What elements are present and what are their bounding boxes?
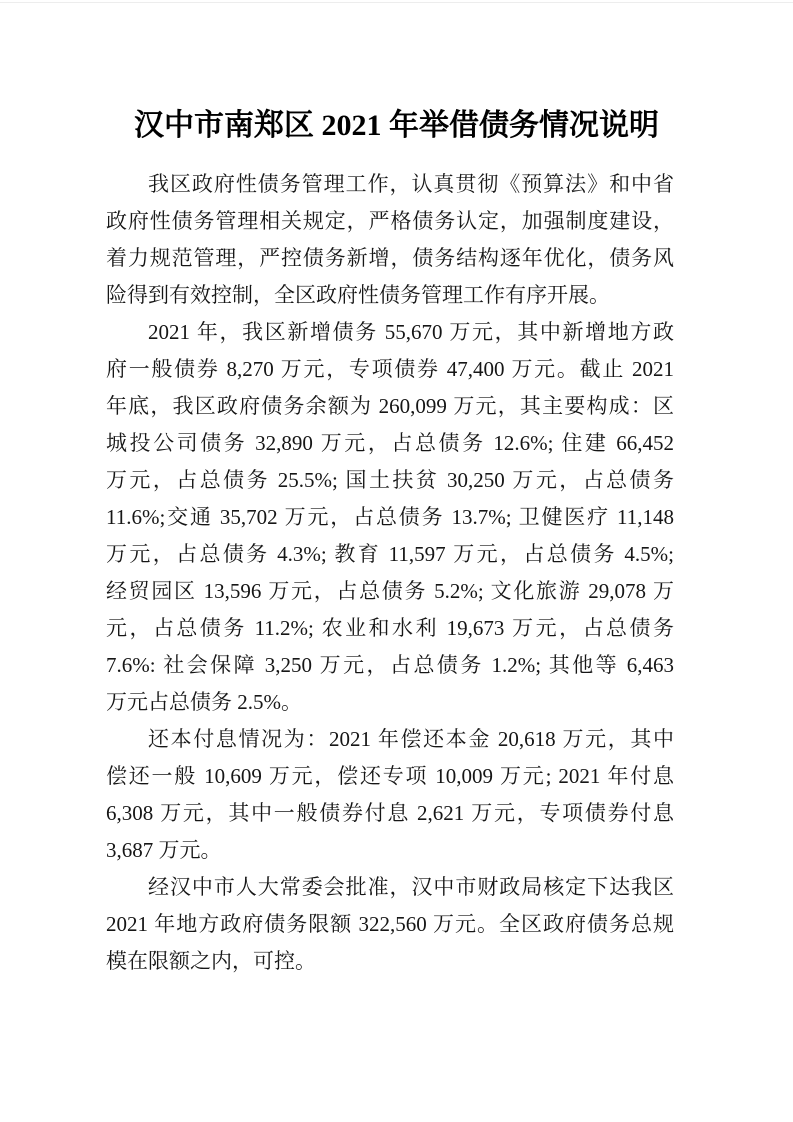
paragraph-1-line: 险得到有效控制，全区政府性债务管理工作有序开展。: [106, 277, 674, 314]
paragraph-3-line: 3,687 万元。: [106, 832, 674, 869]
paragraph-2-line: 城投公司债务 32,890 万元，占总债务 12.6%; 住建 66,452: [106, 425, 674, 462]
paragraph-4-line: 2021 年地方政府债务限额 322,560 万元。全区政府债务总规: [106, 906, 674, 943]
paragraph-2-line: 万元，占总债务 4.3%; 教育 11,597 万元，占总债务 4.5%;: [106, 536, 674, 573]
paragraph-3-line: 偿还一般 10,609 万元，偿还专项 10,009 万元; 2021 年付息: [106, 758, 674, 795]
document-page: 汉中市南郑区 2021 年举借债务情况说明 我区政府性债务管理工作，认真贯彻《预…: [0, 0, 793, 1122]
paragraph-2-line: 经贸园区 13,596 万元，占总债务 5.2%; 文化旅游 29,078 万: [106, 573, 674, 610]
paragraph-4-line: 模在限额之内，可控。: [106, 943, 674, 980]
paragraph-2-line: 11.6%;交通 35,702 万元，占总债务 13.7%; 卫健医疗 11,1…: [106, 499, 674, 536]
document-body: 我区政府性债务管理工作，认真贯彻《预算法》和中省政府性债务管理相关规定，严格债务…: [0, 166, 793, 980]
paragraph-2-line: 元，占总债务 11.2%; 农业和水利 19,673 万元，占总债务: [106, 610, 674, 647]
page-top-edge: [0, 2, 793, 3]
paragraph-2-line: 7.6%: 社会保障 3,250 万元，占总债务 1.2%; 其他等 6,463: [106, 647, 674, 684]
paragraph-2-line: 年底，我区政府债务余额为 260,099 万元，其主要构成：区: [106, 388, 674, 425]
paragraph-2-line: 万元占总债务 2.5%。: [106, 684, 674, 721]
document-title: 汉中市南郑区 2021 年举借债务情况说明: [70, 102, 723, 150]
paragraph-1-line: 着力规范管理，严控债务新增，债务结构逐年优化，债务风: [106, 240, 674, 277]
paragraph-4-line: 经汉中市人大常委会批准，汉中市财政局核定下达我区: [106, 869, 674, 906]
paragraph-2-line: 2021 年，我区新增债务 55,670 万元，其中新增地方政: [106, 314, 674, 351]
paragraph-1-line: 政府性债务管理相关规定，严格债务认定，加强制度建设，: [106, 203, 674, 240]
paragraph-2-line: 府一般债券 8,270 万元，专项债券 47,400 万元。截止 2021: [106, 351, 674, 388]
paragraph-3-line: 还本付息情况为：2021 年偿还本金 20,618 万元，其中: [106, 721, 674, 758]
paragraph-3-line: 6,308 万元，其中一般债券付息 2,621 万元，专项债券付息: [106, 795, 674, 832]
paragraph-2-line: 万元，占总债务 25.5%; 国土扶贫 30,250 万元，占总债务: [106, 462, 674, 499]
paragraph-1-line: 我区政府性债务管理工作，认真贯彻《预算法》和中省: [106, 166, 674, 203]
